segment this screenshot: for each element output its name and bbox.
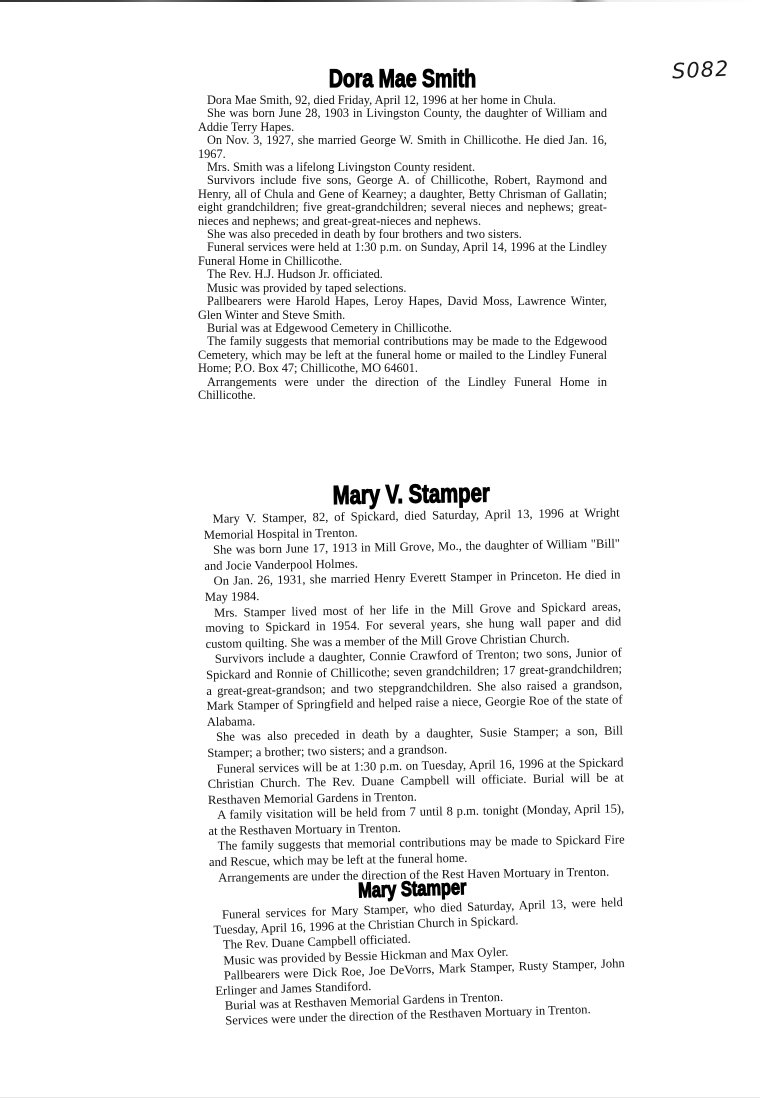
obituary-paragraph: She was born June 28, 1903 in Livingston…	[198, 107, 607, 134]
obituary-paragraph: The family suggests that memorial contri…	[198, 335, 607, 375]
obituary-paragraph: On Nov. 3, 1927, she married George W. S…	[198, 134, 607, 161]
obituary-paragraph: She was also preceded in death by four b…	[198, 228, 607, 241]
obituary-mary-v-stamper: Mary V. Stamper Mary V. Stamper, 82, of …	[203, 475, 625, 886]
obituary-paragraph: Pallbearers were Harold Hapes, Leroy Hap…	[198, 295, 607, 322]
scan-top-edge	[0, 0, 760, 2]
scan-bottom-edge	[0, 1097, 760, 1098]
obituary-paragraph: Funeral services will be at 1:30 p.m. on…	[207, 755, 624, 808]
obituary-paragraph: Dora Mae Smith, 92, died Friday, April 1…	[198, 94, 607, 107]
obituary-dora-mae-smith: Dora Mae Smith Dora Mae Smith, 92, died …	[198, 64, 607, 402]
obituary-paragraph: Arrangements were under the direction of…	[198, 376, 607, 403]
obituary-paragraph: Survivors include a daughter, Connie Cra…	[206, 646, 623, 730]
obituary-paragraph: Mrs. Smith was a lifelong Livingston Cou…	[198, 161, 607, 174]
obituary-paragraph: Funeral services were held at 1:30 p.m. …	[198, 241, 607, 268]
obituary-paragraph: Burial was at Edgewood Cemetery in Chill…	[198, 322, 607, 335]
obituary-paragraph: Mrs. Stamper lived most of her life in t…	[205, 599, 622, 652]
handwritten-reference-number: S082	[671, 57, 730, 84]
obituary-title: Dora Mae Smith	[243, 64, 562, 94]
obituary-body: Funeral services for Mary Stamper, who d…	[213, 895, 627, 1029]
obituary-paragraph: The Rev. H.J. Hudson Jr. officiated.	[198, 268, 607, 281]
obituary-title: Mary V. Stamper	[249, 476, 574, 511]
obituary-paragraph: Music was provided by taped selections.	[198, 282, 607, 295]
obituary-mary-stamper: Mary Stamper Funeral services for Mary S…	[212, 871, 626, 1029]
obituary-body: Dora Mae Smith, 92, died Friday, April 1…	[198, 94, 607, 402]
obituary-body: Mary V. Stamper, 82, of Spickard, died S…	[203, 505, 625, 886]
obituary-paragraph: Survivors include five sons, George A. o…	[198, 174, 607, 228]
